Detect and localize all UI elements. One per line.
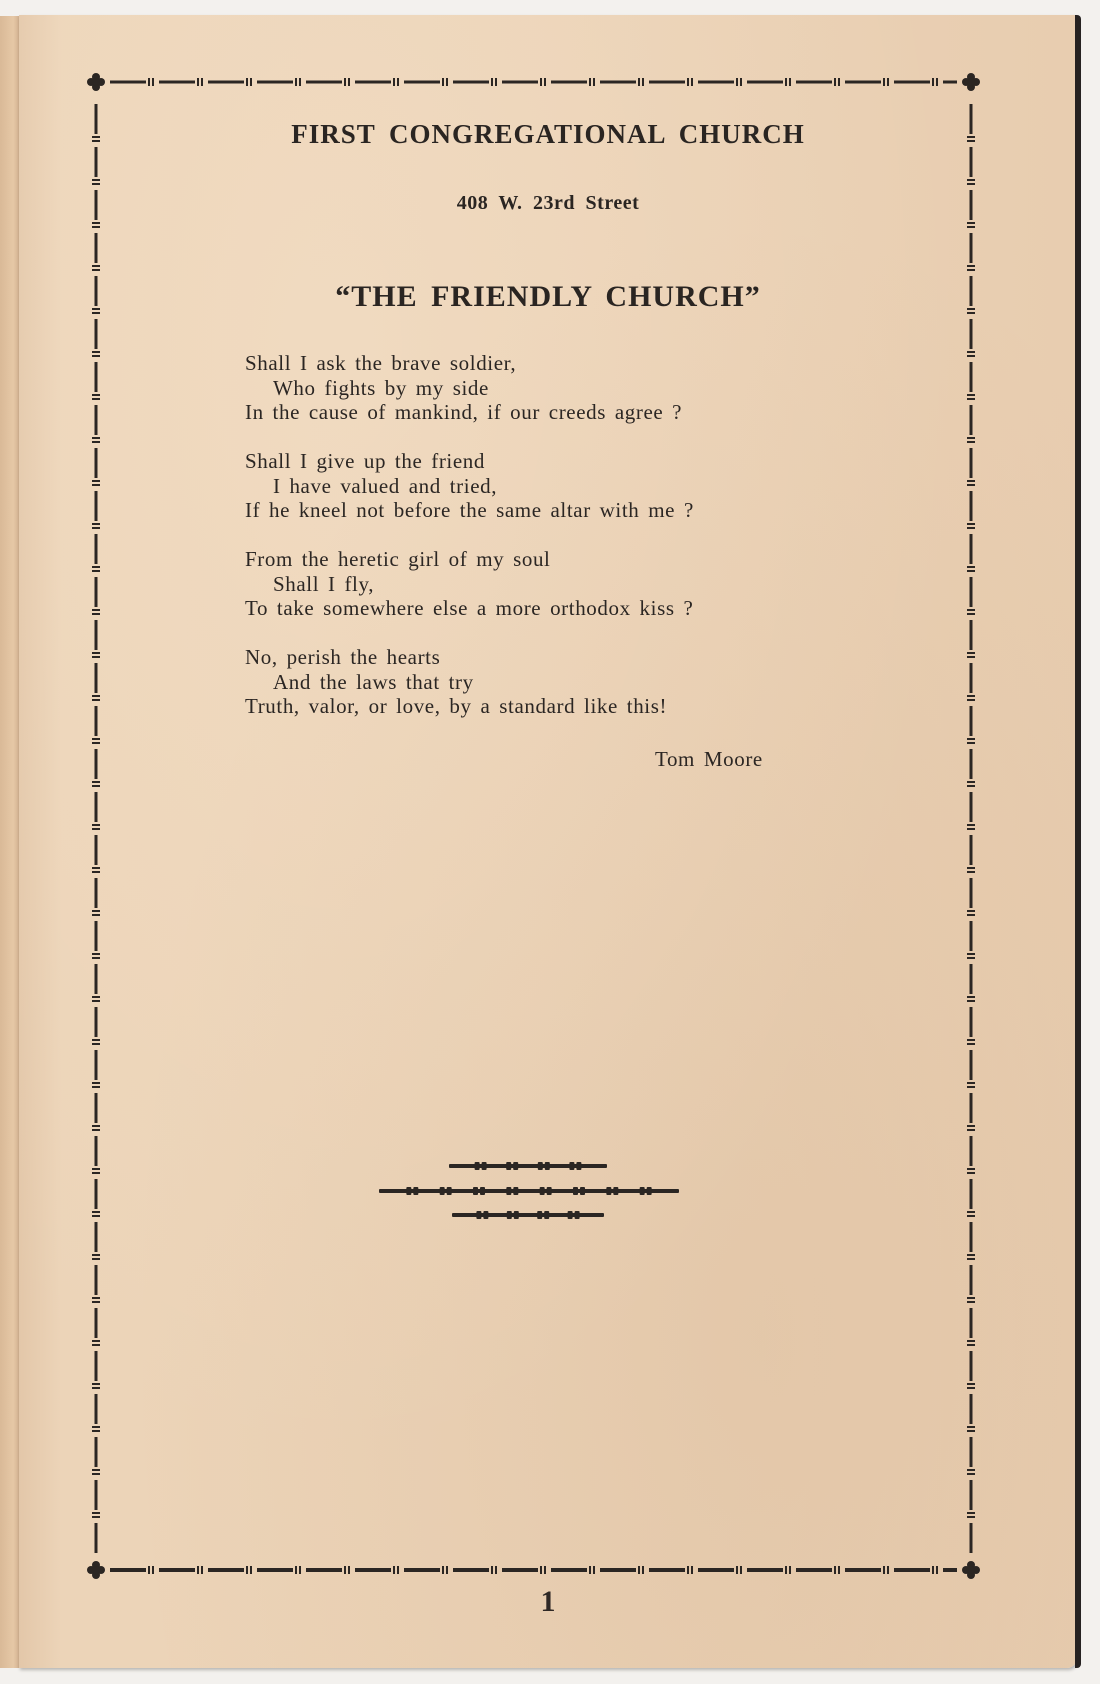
cross-ornament-icon xyxy=(87,73,105,91)
poem-author: Tom Moore xyxy=(655,747,763,772)
center-ornament xyxy=(379,1153,719,1223)
poem-line: Shall I ask the brave soldier, xyxy=(245,351,694,376)
cross-ornament-icon xyxy=(962,73,980,91)
cross-ornament-icon xyxy=(962,1561,980,1579)
poem-line: To take somewhere else a more orthodox k… xyxy=(245,596,694,621)
poem-stanza: Shall I give up the friendI have valued … xyxy=(245,449,694,523)
poem-line: No, perish the hearts xyxy=(245,645,694,670)
poem-line: In the cause of mankind, if our creeds a… xyxy=(245,400,694,425)
booklet-page: FIRST CONGREGATIONAL CHURCH 408 W. 23rd … xyxy=(19,15,1077,1668)
church-name-heading: FIRST CONGREGATIONAL CHURCH xyxy=(19,119,1077,150)
poem-line: If he kneel not before the same altar wi… xyxy=(245,498,694,523)
motto-heading: “THE FRIENDLY CHURCH” xyxy=(19,280,1077,314)
cross-ornament-icon xyxy=(87,1561,105,1579)
poem-line: Who fights by my side xyxy=(245,376,694,401)
ornamental-border xyxy=(19,15,1077,1668)
poem-stanza: No, perish the heartsAnd the laws that t… xyxy=(245,645,694,719)
poem-line: And the laws that try xyxy=(245,670,694,695)
poem-line: From the heretic girl of my soul xyxy=(245,547,694,572)
poem-stanza: From the heretic girl of my soulShall I … xyxy=(245,547,694,621)
poem: Shall I ask the brave soldier,Who fights… xyxy=(245,351,694,743)
poem-line: Shall I give up the friend xyxy=(245,449,694,474)
poem-line: I have valued and tried, xyxy=(245,474,694,499)
poem-line: Shall I fly, xyxy=(245,572,694,597)
poem-stanza: Shall I ask the brave soldier,Who fights… xyxy=(245,351,694,425)
page-number: 1 xyxy=(19,1585,1077,1619)
church-address: 408 W. 23rd Street xyxy=(19,192,1077,215)
poem-line: Truth, valor, or love, by a standard lik… xyxy=(245,694,694,719)
